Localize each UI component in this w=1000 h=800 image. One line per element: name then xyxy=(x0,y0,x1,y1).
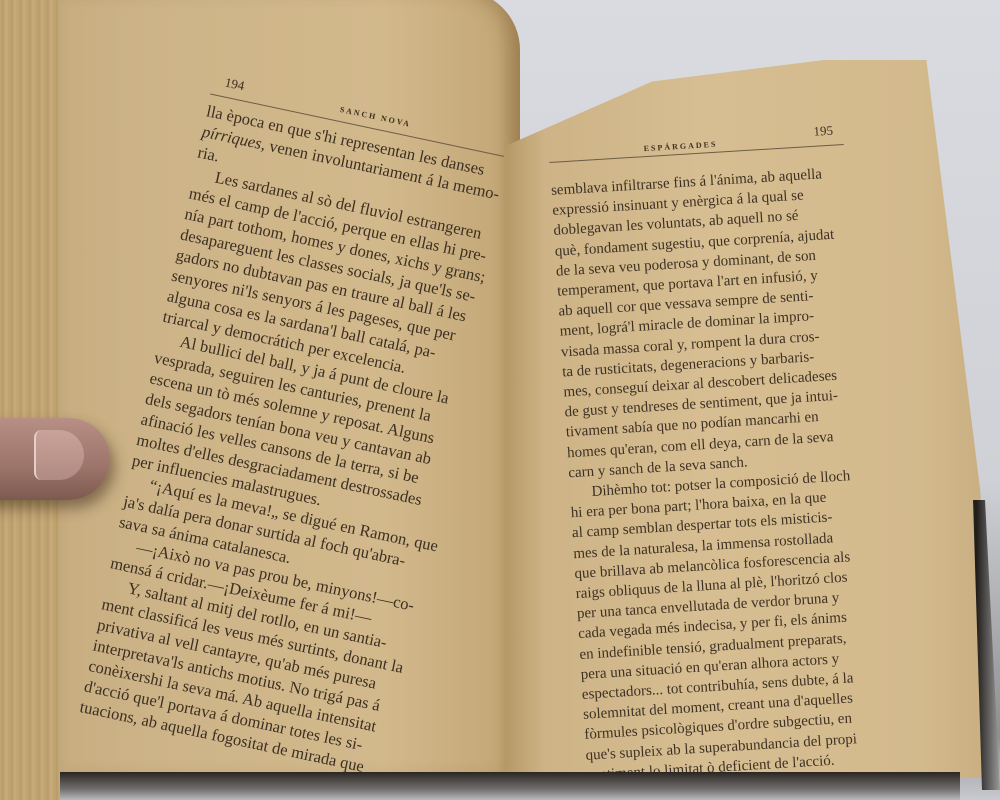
page-number-left: 194 xyxy=(223,74,245,94)
table-shadow xyxy=(60,772,960,800)
thumbnail-nail xyxy=(34,430,84,480)
running-head-right: ESPÁRGADES xyxy=(643,140,717,153)
right-page-text: ESPÁRGADES 195 semblava infiltrarse fins… xyxy=(548,122,882,786)
thumb xyxy=(0,418,110,500)
page-number-right: 195 xyxy=(813,123,833,140)
book-photo: 194 SANCH NOVA lla època en que s'hi rep… xyxy=(0,0,1000,800)
right-page-body: semblava infiltrarse fins á l'ánima, ab … xyxy=(551,163,882,786)
